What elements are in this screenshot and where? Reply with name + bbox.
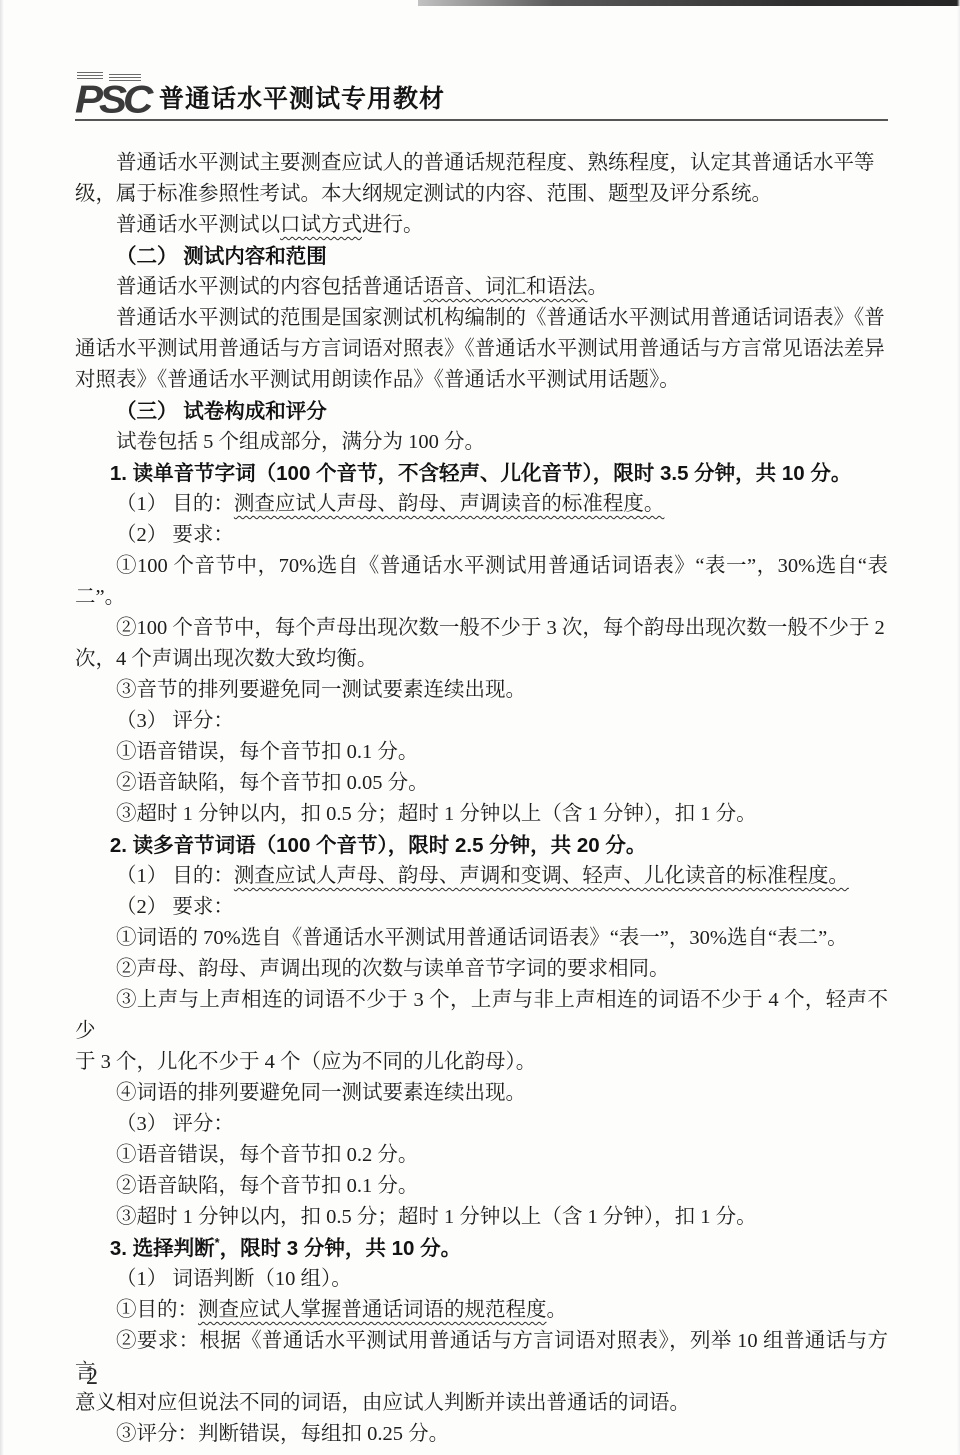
paragraph: ③上声与上声相连的词语不少于 3 个，上声与非上声相连的词语不少于 4 个，轻声… [75,985,888,1078]
paragraph: 试卷包括 5 个组成部分，满分为 100 分。 [75,427,888,458]
section-heading: （二） 测试内容和范围 [75,241,888,272]
text-segment: ①词语的 70%选自《普通话水平测试用普通话词语表》“表一”，30%选自“表二”… [116,927,848,949]
header-rule [75,119,888,121]
text-segment: ①目的： [116,1299,198,1321]
text-segment: ，限时 3 分钟，共 10 分。 [220,1237,462,1260]
paragraph: （2） 要求： [75,892,888,923]
text-segment: 。 [547,1299,568,1321]
scan-artifact-top-bar [418,0,960,6]
text-segment: ②语音缺陷，每个音节扣 0.05 分。 [116,772,429,794]
paragraph: ③超时 1 分钟以内，扣 0.5 分；超时 1 分钟以上（含 1 分钟），扣 1… [75,1202,888,1233]
paragraph: ①词语的 70%选自《普通话水平测试用普通话词语表》“表一”，30%选自“表二”… [75,923,888,954]
paragraph: ④词语的排列要避免同一测试要素连续出现。 [75,1078,888,1109]
page-number: 2 [86,1364,98,1391]
paragraph: （1） 目的：测查应试人声母、韵母、声调和变调、轻声、儿化读音的标准程度。 [75,861,888,892]
text-segment: 2. 读多音节词语（100 个音节），限时 2.5 分钟，共 20 分。 [110,834,647,857]
scan-artifact-left-edge [0,0,4,1455]
paragraph: ②语音缺陷，每个音节扣 0.05 分。 [75,768,888,799]
paragraph: ③评分：判断错误，每组扣 0.25 分。 [75,1419,888,1450]
scanned-textbook-page: PSC 普通话水平测试专用教材 普通话水平测试主要测查应试人的普通话规范程度、熟… [0,0,960,1455]
text-segment: （3） 评分： [116,710,234,732]
paragraph: ②语音缺陷，每个音节扣 0.1 分。 [75,1171,888,1202]
text-segment: （2） 要求： [116,896,234,918]
text-segment: （3） 评分： [116,1113,234,1135]
paragraph: 普通话水平测试的内容包括普通话语音、词汇和语法。 [75,272,888,303]
text-segment: 普通话水平测试以 [116,214,280,236]
paragraph: 普通话水平测试主要测查应试人的普通话规范程度、熟练程度，认定其普通话水平等 级，… [75,148,888,210]
text-segment: 进行。 [362,214,424,236]
text-segment: （1） 目的： [116,493,234,515]
text-segment: 1. 读单音节字词（100 个音节，不含轻声、儿化音节），限时 3.5 分钟，共… [110,462,852,485]
paragraph: ①语音错误，每个音节扣 0.1 分。 [75,737,888,768]
wavy-underlined-text: 语音、词汇和语法 [424,276,588,298]
page-header: PSC 普通话水平测试专用教材 [75,76,888,116]
paragraph: （3） 评分： [75,706,888,737]
text-segment: ③评分：判断错误，每组扣 0.25 分。 [116,1423,449,1445]
text-segment: ②100 个音节中，每个声母出现次数一般不少于 3 次，每个韵母出现次数一般不少… [75,617,885,670]
text-segment: （三） 试卷构成和评分 [116,400,327,423]
paragraph: ②100 个音节中，每个声母出现次数一般不少于 3 次，每个韵母出现次数一般不少… [75,613,888,675]
paragraph: ①语音错误，每个音节扣 0.2 分。 [75,1140,888,1171]
text-segment: 普通话水平测试主要测查应试人的普通话规范程度、熟练程度，认定其普通话水平等 级，… [75,152,875,205]
paragraph: 普通话水平测试以口试方式进行。 [75,210,888,241]
header-title: 普通话水平测试专用教材 [159,82,445,116]
paragraph: （1） 词语判断（10 组）。 [75,1264,888,1295]
psc-logo-text: PSC [75,81,149,118]
text-segment: ①100 个音节中，70%选自《普通话水平测试用普通话词语表》“表一”，30%选… [75,555,888,608]
section-heading: （三） 试卷构成和评分 [75,396,888,427]
paragraph: 普通话水平测试的范围是国家测试机构编制的《普通话水平测试用普通话词语表》《普 通… [75,303,888,396]
text-segment: （2） 要求： [116,524,234,546]
wavy-underlined-text: 口试方式 [280,214,362,236]
text-segment: 普通话水平测试的内容包括普通话 [116,276,424,298]
paragraph: （1） 目的：测查应试人声母、韵母、声调读音的标准程度。 [75,489,888,520]
document-body: 普通话水平测试主要测查应试人的普通话规范程度、熟练程度，认定其普通话水平等 级，… [75,148,888,1450]
text-segment: （1） 目的： [116,865,234,887]
text-segment: ③上声与上声相连的词语不少于 3 个，上声与非上声相连的词语不少于 4 个，轻声… [75,989,888,1073]
numbered-item-heading: 1. 读单音节字词（100 个音节，不含轻声、儿化音节），限时 3.5 分钟，共… [75,458,888,489]
paragraph: ③音节的排列要避免同一测试要素连续出现。 [75,675,888,706]
paragraph: （2） 要求： [75,520,888,551]
paragraph: ②声母、韵母、声调出现的次数与读单音节字词的要求相同。 [75,954,888,985]
text-segment: ②要求：根据《普通话水平测试用普通话与方言词语对照表》，列举 10 组普通话与方… [75,1330,888,1414]
text-segment: （1） 词语判断（10 组）。 [116,1268,352,1290]
text-segment: ④词语的排列要避免同一测试要素连续出现。 [116,1082,526,1104]
text-segment: ②声母、韵母、声调出现的次数与读单音节字词的要求相同。 [116,958,670,980]
paragraph: ③超时 1 分钟以内，扣 0.5 分；超时 1 分钟以上（含 1 分钟），扣 1… [75,799,888,830]
paragraph: （3） 评分： [75,1109,888,1140]
numbered-item-heading: 2. 读多音节词语（100 个音节），限时 2.5 分钟，共 20 分。 [75,830,888,861]
text-segment: （二） 测试内容和范围 [116,245,327,268]
text-segment: ①语音错误，每个音节扣 0.2 分。 [116,1144,418,1166]
text-segment: 试卷包括 5 个组成部分，满分为 100 分。 [116,431,485,453]
text-segment: ②语音缺陷，每个音节扣 0.1 分。 [116,1175,418,1197]
text-segment: 。 [588,276,609,298]
paragraph: ①目的：测查应试人掌握普通话词语的规范程度。 [75,1295,888,1326]
wavy-underlined-text: 测查应试人声母、韵母、声调读音的标准程度。 [234,493,665,515]
text-segment: ③超时 1 分钟以内，扣 0.5 分；超时 1 分钟以上（含 1 分钟），扣 1… [116,803,757,825]
text-segment: 3. 选择判断 [110,1237,215,1260]
text-segment: ③音节的排列要避免同一测试要素连续出现。 [116,679,526,701]
numbered-item-heading: 3. 选择判断*，限时 3 分钟，共 10 分。 [75,1233,888,1264]
text-segment: 普通话水平测试的范围是国家测试机构编制的《普通话水平测试用普通话词语表》《普 通… [75,307,885,391]
wavy-underlined-text: 测查应试人声母、韵母、声调和变调、轻声、儿化读音的标准程度。 [234,865,849,887]
text-segment: ①语音错误，每个音节扣 0.1 分。 [116,741,418,763]
psc-logo: PSC [75,76,139,116]
paragraph: ②要求：根据《普通话水平测试用普通话与方言词语对照表》，列举 10 组普通话与方… [75,1326,888,1419]
text-segment: ③超时 1 分钟以内，扣 0.5 分；超时 1 分钟以上（含 1 分钟），扣 1… [116,1206,757,1228]
wavy-underlined-text: 测查应试人掌握普通话词语的规范程度 [198,1299,547,1321]
paragraph: ①100 个音节中，70%选自《普通话水平测试用普通话词语表》“表一”，30%选… [75,551,888,613]
